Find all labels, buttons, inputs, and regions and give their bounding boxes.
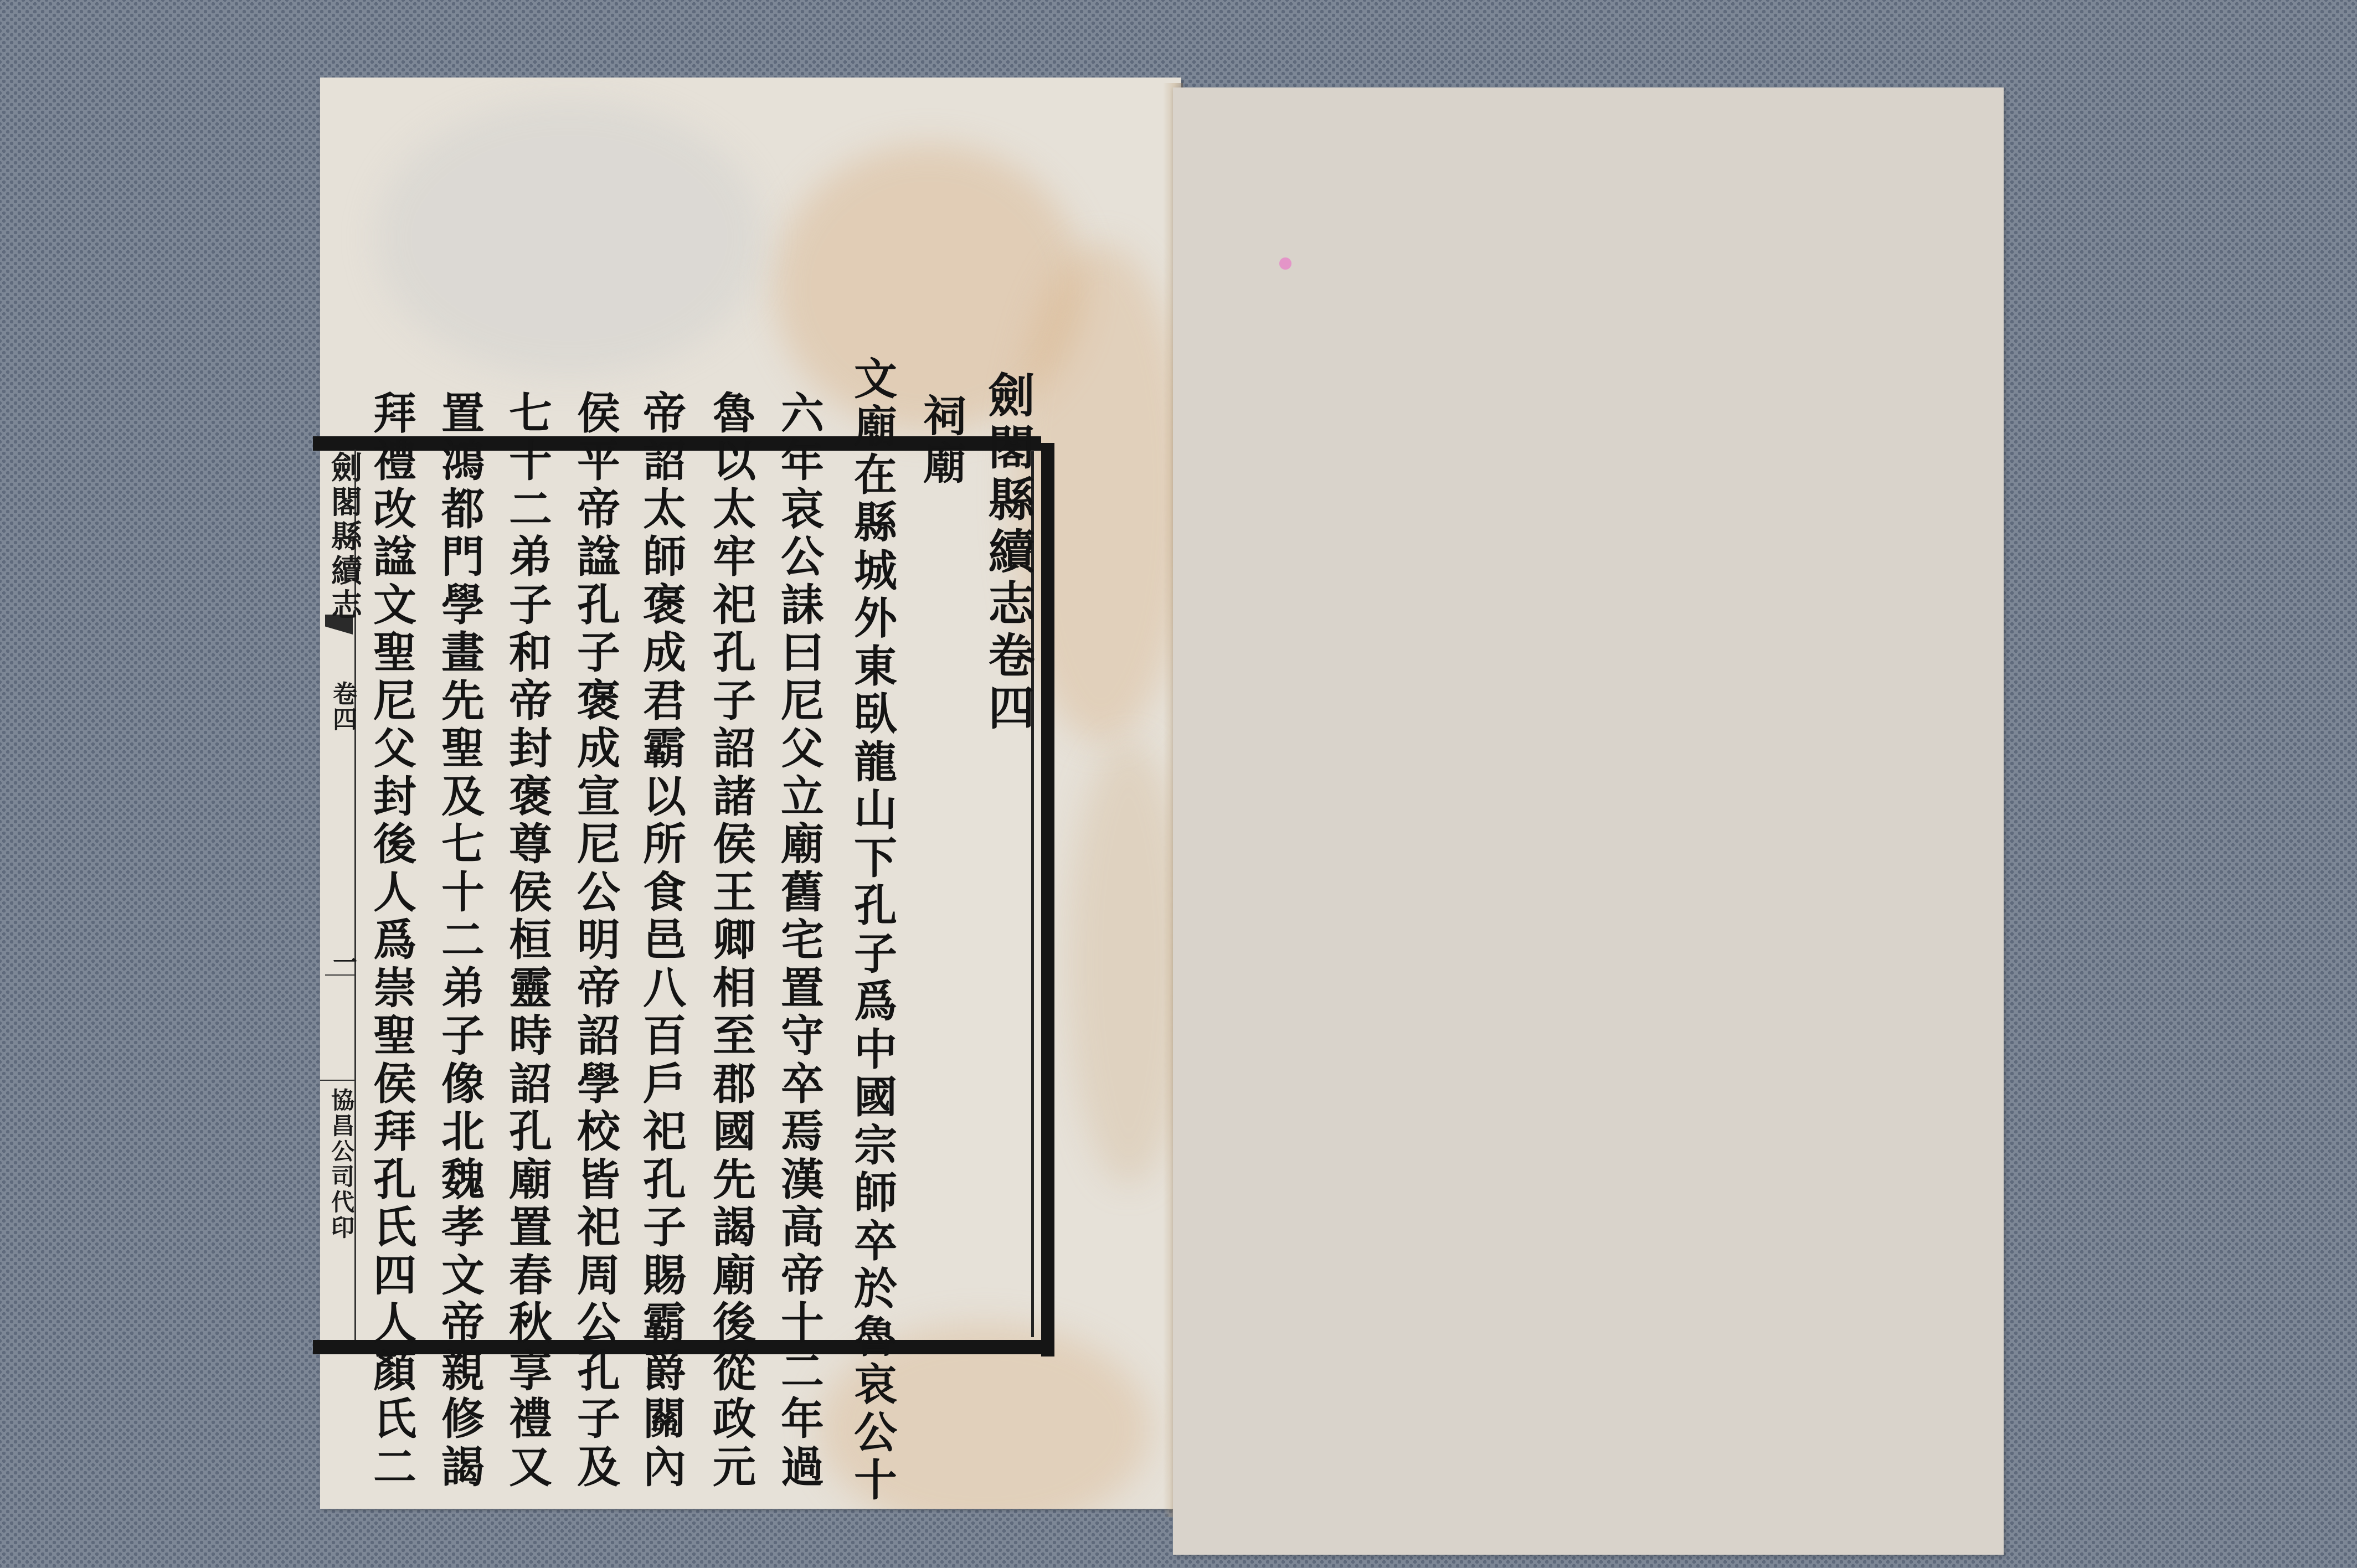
text-column: 置鴻都門學畫先聖及七十二弟子像北魏孝文帝親修謁 [438,390,481,1492]
banxin-book-title: 劍閣縣續志 [322,451,367,623]
text-column: 帝詔太師褒成君霸以所食邑八百戶祀孔子賜霸爵關內 [639,390,682,1492]
banxin-volume: 卷四 [325,681,360,732]
banxin-page-number: 一 [325,950,360,974]
text-column: 侯平帝諡孔子褒成宣尼公明帝詔學校皆祀周公孔子及 [573,390,616,1492]
pink-speck [1279,257,1291,270]
right-page [1173,87,2004,1555]
text-column: 七十二弟子和帝封褒尊侯桓靈時詔孔廟置春秋享禮又 [505,390,548,1492]
gray-blotch [375,100,763,376]
banxin-rule [325,974,356,976]
banxin-rule [320,1080,356,1081]
water-stain [1012,244,1181,742]
frame-right-border [1041,443,1054,1356]
section-heading: 祠廟 [919,393,963,489]
text-column: 拜禮改諡文聖尼父封後人爲崇聖侯拜孔氏四人顏氏二 [369,390,413,1492]
text-column: 文廟在縣城外東臥龍山下孔子爲中國宗師卒於魯哀公十 [850,356,893,1505]
text-column: 魯以太牢祀孔子詔諸侯王卿相至郡國先謁廟後從政元 [709,390,752,1492]
banxin-printer: 協昌公司代印 [325,1088,358,1241]
volume-title: 劍閣縣續志卷四 [985,371,1031,735]
text-column: 六年哀公誄曰尼父立廟舊宅置守卒焉漢高帝十二年過 [777,390,820,1492]
